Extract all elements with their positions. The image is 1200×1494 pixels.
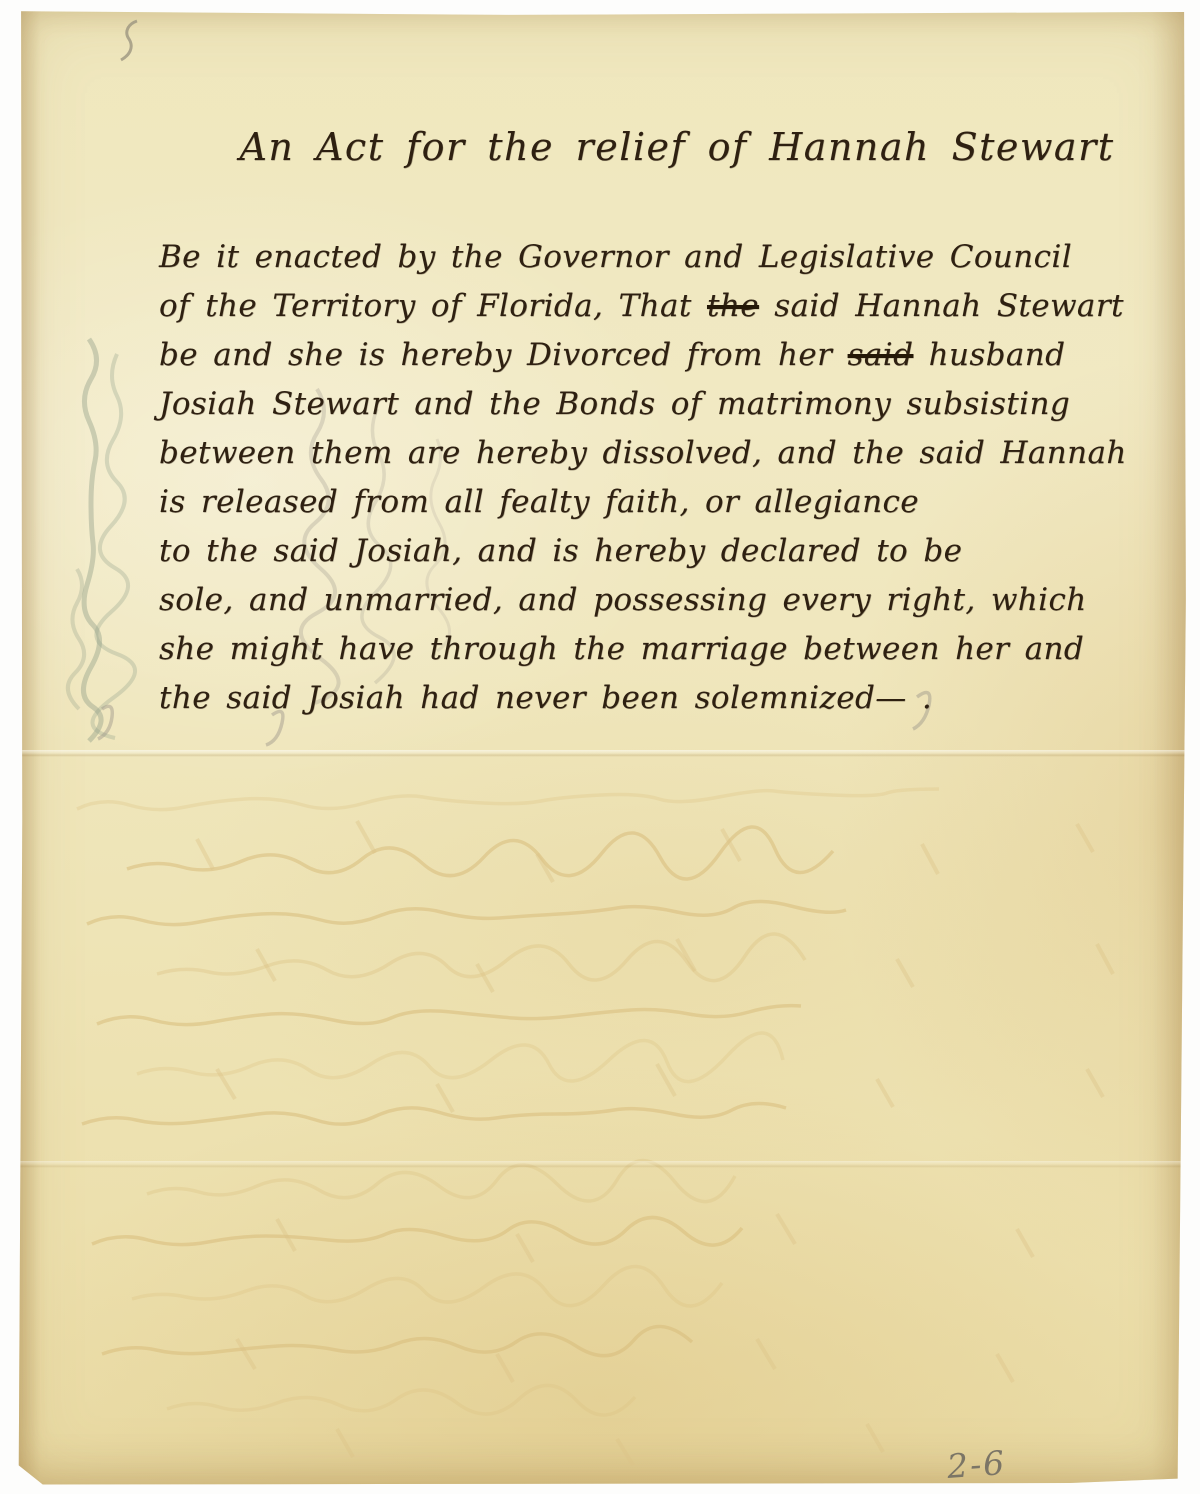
body-line: be and she is hereby Divorced from her s… bbox=[159, 331, 1194, 380]
line-text: said Hannah Stewart bbox=[759, 288, 1124, 324]
line-text: sole, and unmarried, and possessing ever… bbox=[159, 582, 1087, 618]
corner-pencil-mark bbox=[121, 21, 137, 60]
strikethrough-text: said bbox=[848, 337, 914, 373]
manuscript-page: An Act for the relief of Hannah Stewart … bbox=[17, 9, 1187, 1486]
strikethrough-text: the bbox=[707, 288, 759, 324]
body-line: of the Territory of Florida, That the sa… bbox=[159, 282, 1194, 331]
body-line: sole, and unmarried, and possessing ever… bbox=[159, 576, 1194, 625]
line-text: between them are hereby dissolved, and t… bbox=[159, 435, 1127, 471]
document-scan: An Act for the relief of Hannah Stewart … bbox=[0, 0, 1200, 1494]
line-text: Be it enacted by the Governor and Legisl… bbox=[159, 239, 1072, 275]
line-text: be and she is hereby Divorced from her bbox=[159, 337, 848, 373]
body-line: the said Josiah had never been solemnize… bbox=[159, 674, 1194, 723]
body-line: is released from all fealty faith, or al… bbox=[159, 478, 1194, 527]
line-text: to the said Josiah, and is hereby declar… bbox=[159, 533, 962, 569]
body-line: Be it enacted by the Governor and Legisl… bbox=[159, 233, 1194, 282]
body-line: to the said Josiah, and is hereby declar… bbox=[159, 527, 1194, 576]
document-title: An Act for the relief of Hannah Stewart bbox=[227, 125, 1127, 169]
line-text: husband bbox=[913, 337, 1065, 373]
body-line: between them are hereby dissolved, and t… bbox=[159, 429, 1194, 478]
page-number-annotation: 2-6 bbox=[946, 1443, 1008, 1486]
fold-crease-lower bbox=[17, 1161, 1187, 1168]
bleedthrough-ghost-writing bbox=[17, 9, 1187, 1486]
fold-crease-upper bbox=[17, 750, 1187, 757]
document-body: Be it enacted by the Governor and Legisl… bbox=[159, 233, 1194, 723]
body-line: she might have through the marriage betw… bbox=[159, 625, 1194, 674]
line-text: Josiah Stewart and the Bonds of matrimon… bbox=[159, 386, 1070, 422]
line-text: of the Territory of Florida, That bbox=[159, 288, 707, 324]
line-text: is released from all fealty faith, or al… bbox=[159, 484, 919, 520]
line-text: the said Josiah had never been solemnize… bbox=[159, 680, 932, 716]
body-line: Josiah Stewart and the Bonds of matrimon… bbox=[159, 380, 1194, 429]
line-text: she might have through the marriage betw… bbox=[159, 631, 1084, 667]
